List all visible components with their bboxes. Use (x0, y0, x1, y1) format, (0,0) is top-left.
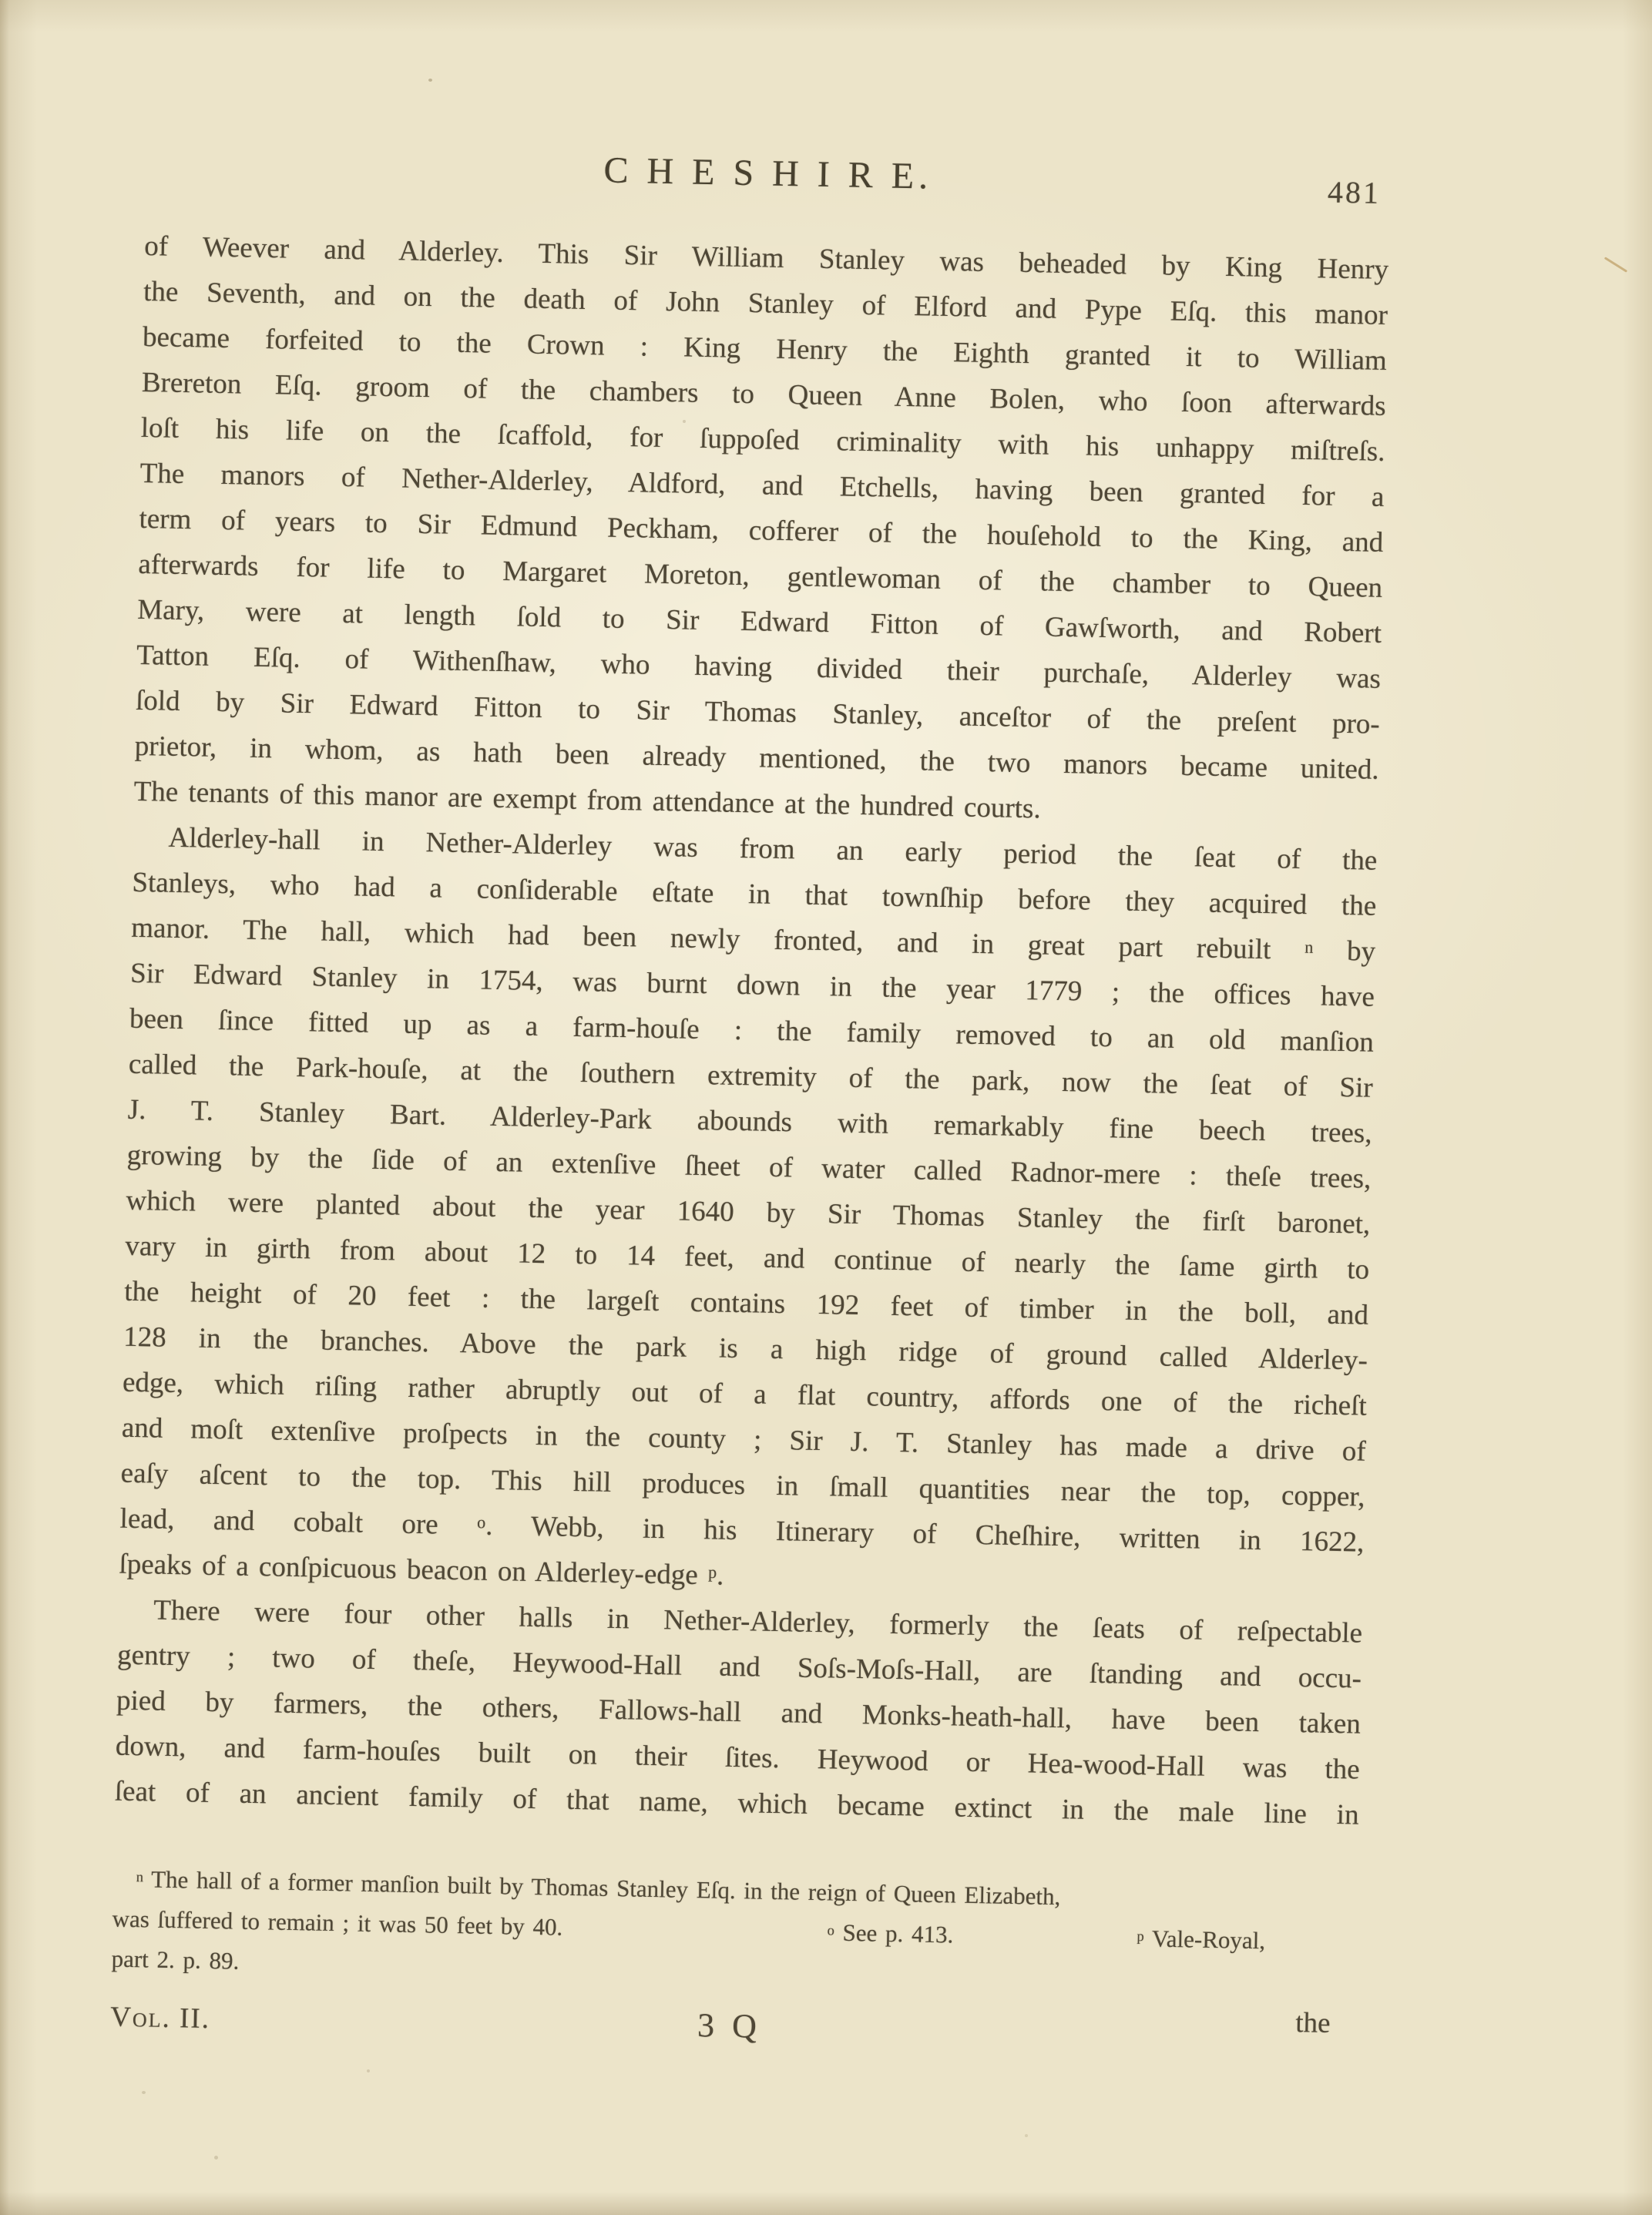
paper-speck (214, 2156, 218, 2160)
page-footer: Vol. II. 3 Q the (109, 1996, 1355, 2074)
body-text: of Weever and Alderley. This Sir William… (114, 223, 1388, 1838)
volume-label: Vol. II. (110, 2001, 211, 2035)
paper-scratch (1604, 257, 1627, 273)
page-title: C H E S H I R E. (146, 140, 1391, 206)
paragraph: Alderley-hall in Nether-Alderley was fro… (119, 814, 1378, 1611)
running-header: C H E S H I R E. 481 (146, 140, 1391, 210)
catchword: the (1295, 2006, 1331, 2040)
paragraph: There were four other halls in Nether-Al… (114, 1587, 1362, 1838)
paper-speck (1025, 2134, 1028, 2137)
page-number: 481 (1328, 173, 1382, 210)
footnote-text: p Vale-Royal, (1137, 1918, 1266, 1961)
footnote-text: o See p. 413. (827, 1912, 954, 1955)
paper-speck (428, 79, 432, 82)
signature-mark: 3 Q (697, 2005, 762, 2046)
page-content: C H E S H I R E. 481 of Weever and Alder… (109, 140, 1390, 2074)
footnotes-section: n The hall of a former manſion built by … (111, 1859, 1358, 2003)
paper-speck (367, 2069, 370, 2072)
book-page-scan: C H E S H I R E. 481 of Weever and Alder… (0, 0, 1652, 2215)
paper-speck (142, 2091, 146, 2094)
paragraph: of Weever and Alderley. This Sir William… (133, 223, 1388, 838)
